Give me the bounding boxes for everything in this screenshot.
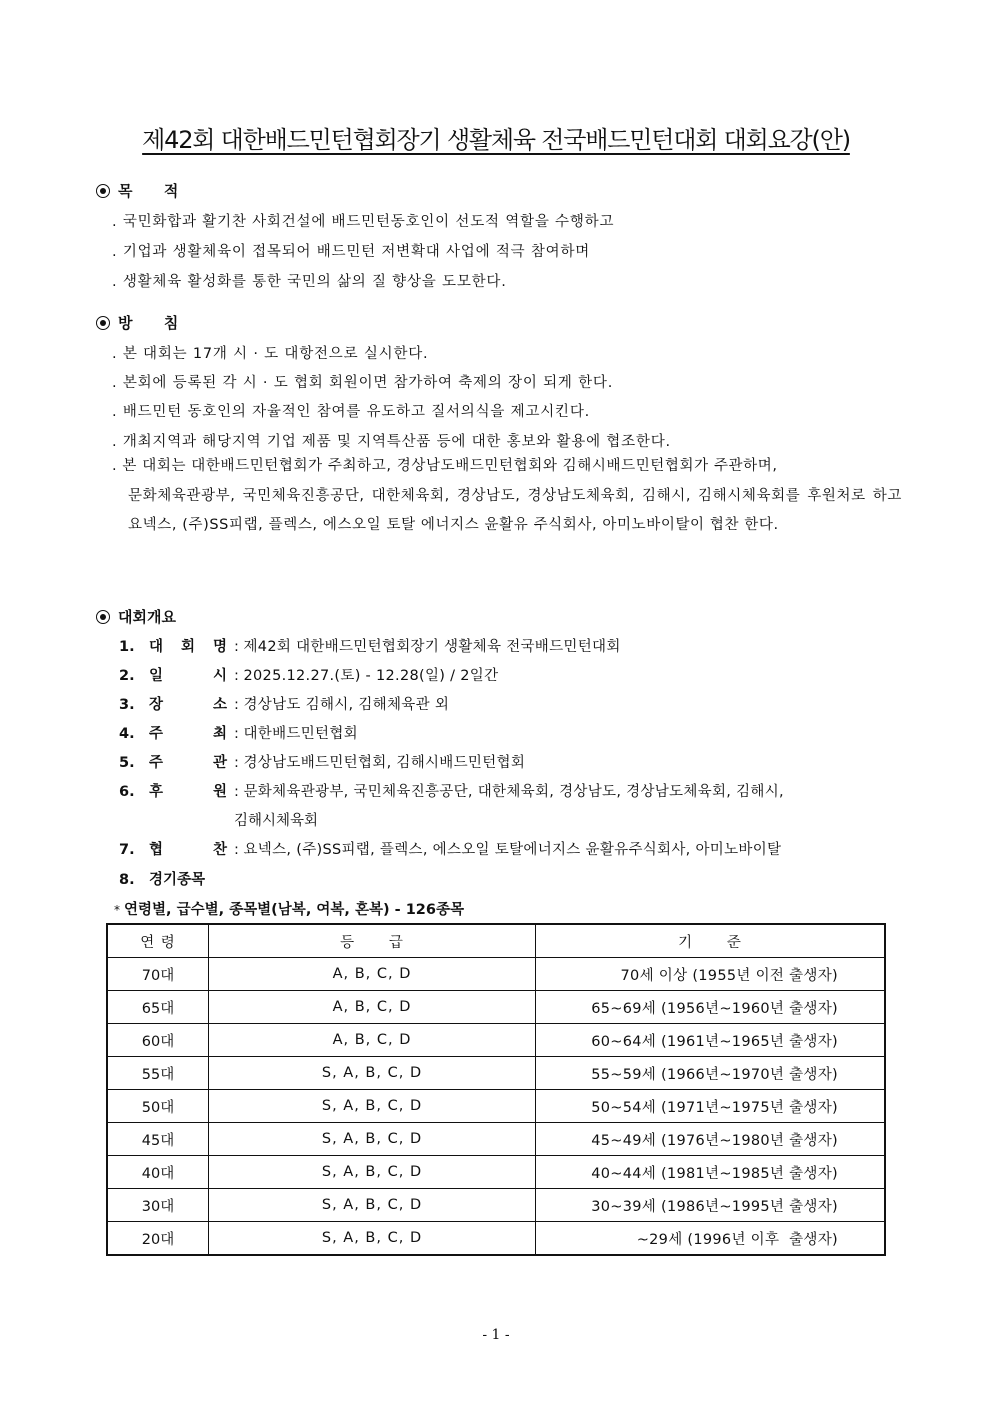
overview-item-value: 2025.12.27.(토) - 12.28(일) / 2일간	[244, 668, 499, 684]
circle-bullet-icon	[96, 316, 110, 330]
table-row: 50대S, A, B, C, D50~54세 (1971년~1975년 출생자)	[107, 1090, 885, 1123]
overview-item-cosponsor: 7.협찬: 요넥스, (주)SS피랩, 플렉스, 에스오일 토탈에너지스 윤활유…	[119, 838, 781, 859]
column-header-grade: 등 급	[209, 924, 536, 958]
overview-item-value: 경상남도 김해시, 김해체육관 외	[244, 697, 450, 713]
overview-item-host: 4.주최: 대한배드민턴협회	[119, 722, 358, 743]
overview-item-organizer: 5.주관: 경상남도배드민턴협회, 김해시배드민턴협회	[119, 751, 525, 772]
policy-line: . 개최지역과 해당지역 기업 제품 및 지역특산품 등에 대한 홍보와 활용에…	[112, 430, 671, 451]
column-header-criteria: 기 준	[536, 924, 886, 958]
document-title-text: 제42회 대한배드민턴협회장기 생활체육 전국배드민턴대회 대회요강(안)	[142, 126, 850, 154]
policy-paragraph-lead: . 본 대회는 대한배드민턴협회가 주최하고, 경상남도배드민턴협회와 김해시배…	[112, 452, 902, 482]
table-row: 45대S, A, B, C, D45~49세 (1976년~1980년 출생자)	[107, 1123, 885, 1156]
policy-line: . 본회에 등록된 각 시 · 도 협회 회원이면 참가하여 축제의 장이 되게…	[112, 371, 613, 392]
column-header-age: 연 령	[107, 924, 209, 958]
page-number: - 1 -	[0, 1327, 992, 1343]
table-row: 30대S, A, B, C, D30~39세 (1986년~1995년 출생자)	[107, 1189, 885, 1222]
table-row: 20대S, A, B, C, D~29세 (1996년 이후 출생자)	[107, 1222, 885, 1256]
document-page: 제42회 대한배드민턴협회장기 생활체육 전국배드민턴대회 대회요강(안) 목 …	[0, 0, 992, 1403]
overview-item-name: 1.대회명: 제42회 대한배드민턴협회장기 생활체육 전국배드민턴대회	[119, 635, 621, 656]
purpose-line: . 국민화합과 활기찬 사회건설에 배드민턴동호인이 선도적 역할을 수행하고	[112, 210, 614, 231]
circle-bullet-icon	[96, 610, 110, 624]
section-heading-text: 대회개요	[118, 608, 176, 626]
policy-paragraph: . 본 대회는 대한배드민턴협회가 주최하고, 경상남도배드민턴협회와 김해시배…	[112, 452, 902, 541]
overview-item-events: 8.경기종목	[119, 868, 205, 889]
table-row: 70대A, B, C, D70세 이상 (1955년 이전 출생자)	[107, 958, 885, 991]
section-heading-text: 방 침	[118, 314, 178, 332]
policy-line: . 본 대회는 17개 시 · 도 대항전으로 실시한다.	[112, 342, 428, 363]
section-heading-policy: 방 침	[96, 312, 178, 333]
table-row: 40대S, A, B, C, D40~44세 (1981년~1985년 출생자)	[107, 1156, 885, 1189]
overview-item-venue: 3.장소: 경상남도 김해시, 김해체육관 외	[119, 693, 449, 714]
overview-item-value: 대한배드민턴협회	[244, 726, 358, 742]
section-heading-purpose: 목 적	[96, 180, 178, 201]
table-header-row: 연 령 등 급 기 준	[107, 924, 885, 958]
overview-item-value: 제42회 대한배드민턴협회장기 생활체육 전국배드민턴대회	[244, 639, 621, 655]
policy-line: . 배드민턴 동호인의 자율적인 참여를 유도하고 질서의식을 제고시킨다.	[112, 400, 590, 421]
table-row: 55대S, A, B, C, D55~59세 (1966년~1970년 출생자)	[107, 1057, 885, 1090]
table-row: 65대A, B, C, D65~69세 (1956년~1960년 출생자)	[107, 991, 885, 1024]
overview-item-value: 문화체육관광부, 국민체육진흥공단, 대한체육회, 경상남도, 경상남도체육회,…	[244, 784, 784, 800]
overview-item-date: 2.일시: 2025.12.27.(토) - 12.28(일) / 2일간	[119, 664, 498, 685]
overview-item-sponsor: 6.후원: 문화체육관광부, 국민체육진흥공단, 대한체육회, 경상남도, 경상…	[119, 780, 784, 801]
overview-item-sponsor-cont: 김해시체육회	[234, 809, 318, 830]
purpose-line: . 기업과 생활체육이 접목되어 배드민턴 저변확대 사업에 적극 참여하며	[112, 240, 590, 261]
overview-item-value: 경상남도배드민턴협회, 김해시배드민턴협회	[244, 755, 526, 771]
overview-item-value: 요넥스, (주)SS피랩, 플렉스, 에스오일 토탈에너지스 윤활유주식회사, …	[244, 842, 782, 858]
policy-paragraph-rest: 문화체육관광부, 국민체육진흥공단, 대한체육회, 경상남도, 경상남도체육회,…	[112, 482, 902, 541]
events-note: *연령별, 급수별, 종목별(남복, 여복, 혼복) - 126종목	[114, 898, 464, 919]
section-heading-text: 목 적	[118, 182, 178, 200]
purpose-line: . 생활체육 활성화를 통한 국민의 삶의 질 향상을 도모한다.	[112, 270, 507, 291]
age-grade-table: 연 령 등 급 기 준 70대A, B, C, D70세 이상 (1955년 이…	[106, 923, 886, 1256]
document-title: 제42회 대한배드민턴협회장기 생활체육 전국배드민턴대회 대회요강(안)	[0, 120, 992, 155]
table-row: 60대A, B, C, D60~64세 (1961년~1965년 출생자)	[107, 1024, 885, 1057]
section-heading-overview: 대회개요	[96, 606, 176, 627]
asterisk-icon: *	[114, 903, 120, 917]
circle-bullet-icon	[96, 184, 110, 198]
